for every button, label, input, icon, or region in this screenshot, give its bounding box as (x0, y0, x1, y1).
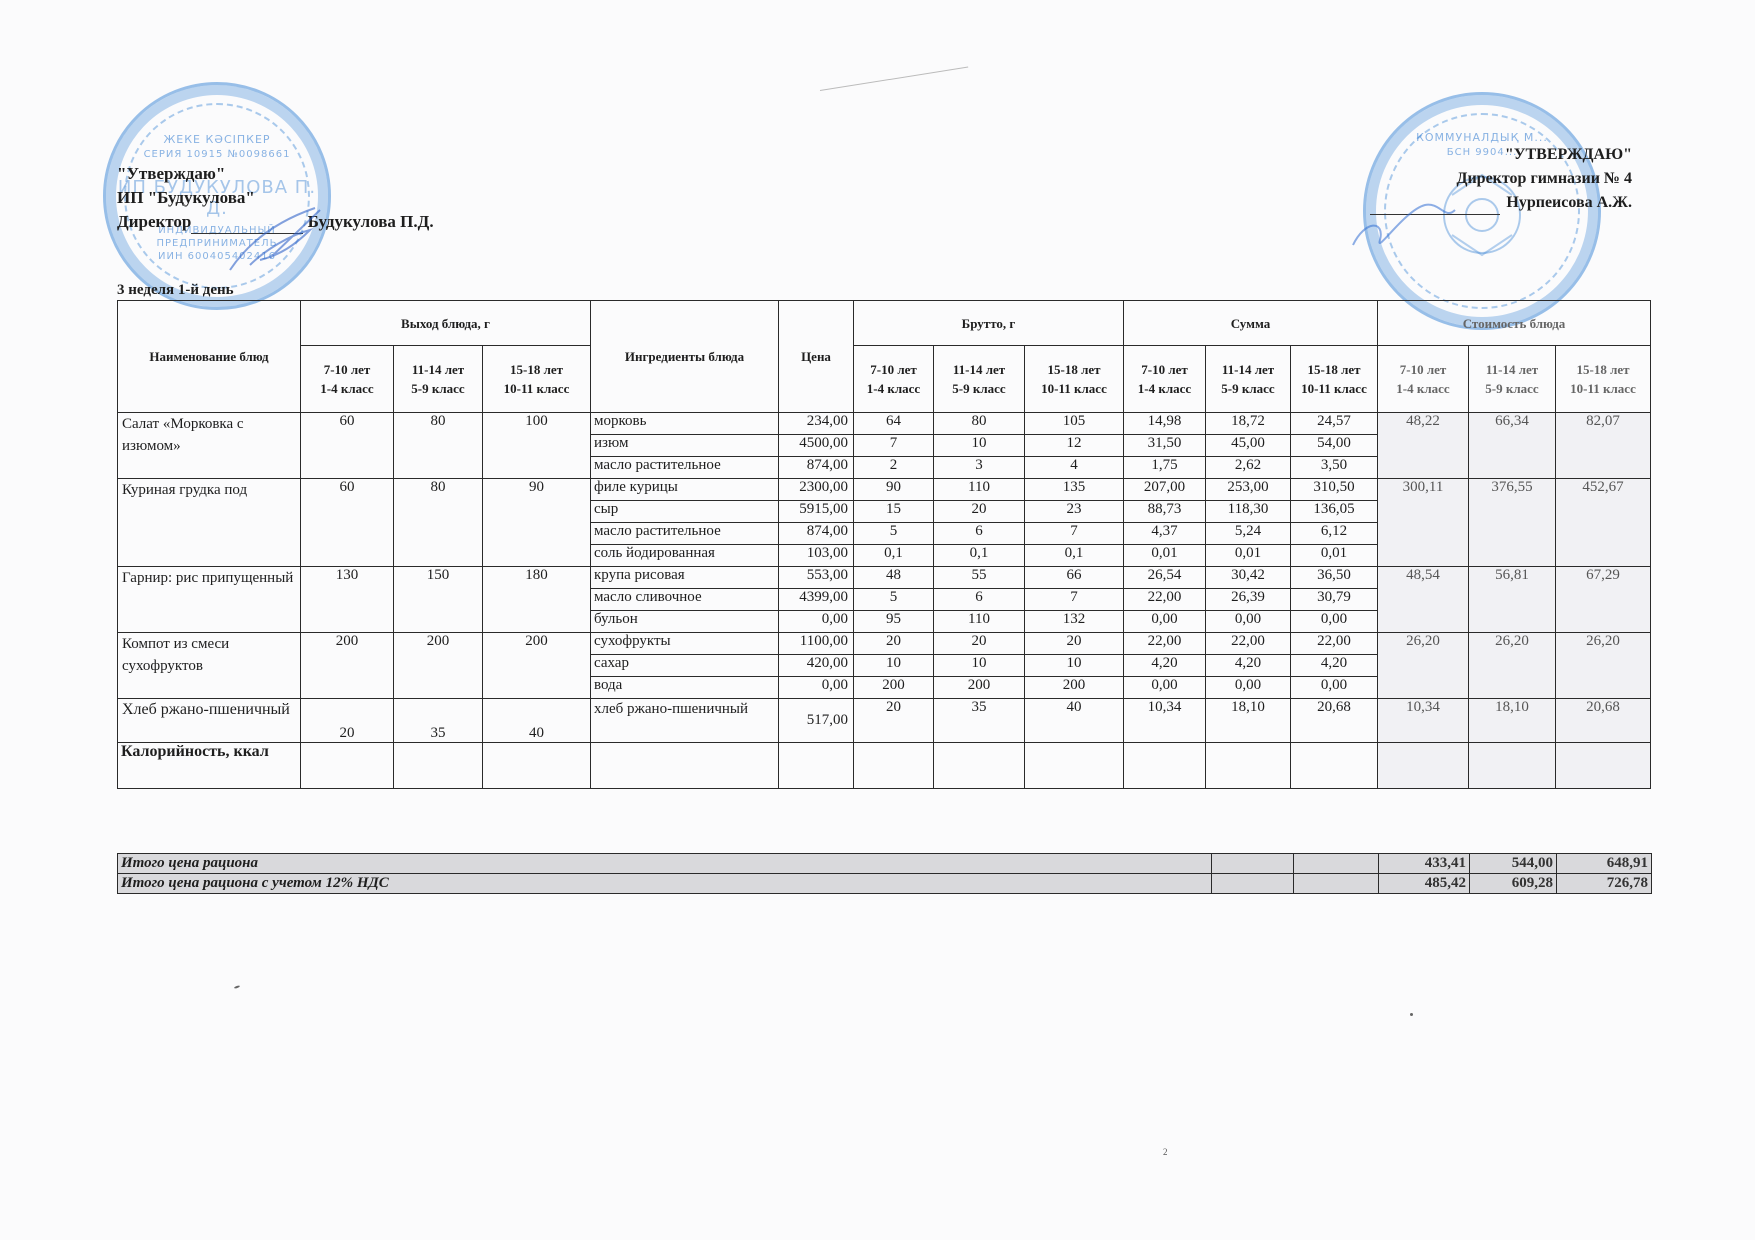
dish-cost-1: 48,22 (1378, 413, 1469, 479)
gross-2: 6 (934, 589, 1025, 611)
grade-label: 1-4 класс (1127, 379, 1202, 398)
sum-1: 0,00 (1124, 611, 1206, 633)
sum-2: 5,24 (1206, 523, 1291, 545)
total-label: Итого цена рациона с учетом 12% НДС (118, 874, 1212, 894)
calorie-cell (301, 743, 394, 789)
gross-2: 10 (934, 435, 1025, 457)
total-value-3: 648,91 (1557, 854, 1652, 874)
sum-3: 24,57 (1291, 413, 1378, 435)
pen-stroke-mark (820, 67, 968, 91)
ingredient-name: вода (591, 677, 779, 699)
sum-2: 4,20 (1206, 655, 1291, 677)
dish-yield-3: 100 (483, 413, 591, 479)
gross-3: 132 (1025, 611, 1124, 633)
age-label: 7-10 лет (304, 360, 390, 379)
ingredient-name: масло сливочное (591, 589, 779, 611)
stamp-series: СЕРИЯ 10915 №0098661 (106, 149, 328, 160)
header-sum-age-2: 11-14 лет5-9 класс (1206, 346, 1291, 413)
sum-2: 253,00 (1206, 479, 1291, 501)
dish-cost-1: 10,34 (1378, 699, 1469, 743)
calorie-row: Калорийность, ккал (118, 743, 1651, 789)
right-approval-title: "УТВЕРЖДАЮ" (1340, 143, 1632, 167)
header-sum-age-1: 7-10 лет1-4 класс (1124, 346, 1206, 413)
gross-2: 200 (934, 677, 1025, 699)
dish-yield-1: 130 (301, 567, 394, 633)
gross-3: 200 (1025, 677, 1124, 699)
dish-name: Куриная грудка под (118, 479, 301, 567)
sum-1: 207,00 (1124, 479, 1206, 501)
sum-1: 22,00 (1124, 589, 1206, 611)
gross-3: 20 (1025, 633, 1124, 655)
ingredient-price: 420,00 (779, 655, 854, 677)
gross-1: 0,1 (854, 545, 934, 567)
ingredient-row: Куриная грудка под608090филе курицы2300,… (118, 479, 1651, 501)
sum-3: 0,01 (1291, 545, 1378, 567)
sum-3: 20,68 (1291, 699, 1378, 743)
age-label: 7-10 лет (857, 360, 930, 379)
total-empty-cell (1294, 854, 1379, 874)
dish-yield-2: 80 (394, 413, 483, 479)
right-signature-scribble (1345, 190, 1465, 260)
grade-label: 1-4 класс (1381, 379, 1465, 398)
dish-cost-3: 452,67 (1556, 479, 1651, 567)
sum-2: 26,39 (1206, 589, 1291, 611)
sum-1: 26,54 (1124, 567, 1206, 589)
calorie-cell (1291, 743, 1378, 789)
gross-1: 10 (854, 655, 934, 677)
total-empty-cell (1294, 874, 1379, 894)
grade-label: 5-9 класс (397, 379, 479, 398)
dish-cost-3: 20,68 (1556, 699, 1651, 743)
sum-1: 0,00 (1124, 677, 1206, 699)
gross-2: 20 (934, 501, 1025, 523)
sum-2: 0,00 (1206, 677, 1291, 699)
dish-yield-2: 80 (394, 479, 483, 567)
grade-label: 1-4 класс (857, 379, 930, 398)
ingredient-price: 874,00 (779, 523, 854, 545)
sum-2: 0,00 (1206, 611, 1291, 633)
dish-name: Гарнир: рис припущенный (118, 567, 301, 633)
sum-1: 10,34 (1124, 699, 1206, 743)
age-label: 15-18 лет (486, 360, 587, 379)
header-cost-age-3: 15-18 лет10-11 класс (1556, 346, 1651, 413)
gross-2: 0,1 (934, 545, 1025, 567)
age-label: 7-10 лет (1381, 360, 1465, 379)
gross-1: 15 (854, 501, 934, 523)
gross-1: 200 (854, 677, 934, 699)
sum-1: 31,50 (1124, 435, 1206, 457)
header-price: Цена (779, 301, 854, 413)
sum-2: 0,01 (1206, 545, 1291, 567)
ingredient-name: сыр (591, 501, 779, 523)
dish-yield-2: 35 (394, 699, 483, 743)
gross-1: 5 (854, 523, 934, 545)
ingredient-price: 4399,00 (779, 589, 854, 611)
gross-1: 20 (854, 699, 934, 743)
grade-label: 10-11 класс (1294, 379, 1374, 398)
calorie-cell (1025, 743, 1124, 789)
grade-label: 1-4 класс (304, 379, 390, 398)
ingredient-name: филе курицы (591, 479, 779, 501)
sum-1: 0,01 (1124, 545, 1206, 567)
total-value-1: 433,41 (1379, 854, 1470, 874)
page-number-mark: 2 (1163, 1147, 1168, 1157)
gross-3: 66 (1025, 567, 1124, 589)
calorie-cell (934, 743, 1025, 789)
header-dish-name: Наименование блюд (118, 301, 301, 413)
dish-cost-1: 48,54 (1378, 567, 1469, 633)
total-value-1: 485,42 (1379, 874, 1470, 894)
grade-label: 10-11 класс (1559, 379, 1647, 398)
header-gross-age-3: 15-18 лет10-11 класс (1025, 346, 1124, 413)
totals-table: Итого цена рациона433,41544,00648,91Итог… (117, 853, 1652, 894)
ingredient-price: 0,00 (779, 677, 854, 699)
gross-2: 35 (934, 699, 1025, 743)
gross-2: 20 (934, 633, 1025, 655)
gross-1: 64 (854, 413, 934, 435)
header-yield: Выход блюда, г (301, 301, 591, 346)
gross-3: 7 (1025, 589, 1124, 611)
calorie-cell (1378, 743, 1469, 789)
dish-cost-2: 66,34 (1469, 413, 1556, 479)
sum-2: 22,00 (1206, 633, 1291, 655)
gross-3: 23 (1025, 501, 1124, 523)
dish-yield-1: 20 (301, 699, 394, 743)
dish-cost-2: 18,10 (1469, 699, 1556, 743)
sum-1: 22,00 (1124, 633, 1206, 655)
header-gross-age-1: 7-10 лет1-4 класс (854, 346, 934, 413)
ingredient-name: морковь (591, 413, 779, 435)
stamp-inner-top: ЖЕКЕ КӘСІПКЕР (106, 133, 328, 146)
ingredient-row: Компот из смеси сухофруктов200200200сухо… (118, 633, 1651, 655)
header-sum-age-3: 15-18 лет10-11 класс (1291, 346, 1378, 413)
sum-3: 54,00 (1291, 435, 1378, 457)
sum-1: 4,20 (1124, 655, 1206, 677)
total-value-3: 726,78 (1557, 874, 1652, 894)
sum-2: 18,72 (1206, 413, 1291, 435)
left-signature-scribble (220, 200, 340, 280)
dish-cost-2: 56,81 (1469, 567, 1556, 633)
age-label: 15-18 лет (1559, 360, 1647, 379)
sum-3: 36,50 (1291, 567, 1378, 589)
age-label: 7-10 лет (1127, 360, 1202, 379)
sum-3: 0,00 (1291, 611, 1378, 633)
gross-1: 5 (854, 589, 934, 611)
gross-1: 48 (854, 567, 934, 589)
dish-name: Хлеб ржано-пшеничный (118, 699, 301, 743)
sum-2: 45,00 (1206, 435, 1291, 457)
gross-3: 7 (1025, 523, 1124, 545)
dish-cost-1: 26,20 (1378, 633, 1469, 699)
scan-speck (234, 985, 240, 989)
header-dish-cost: Стоимость блюда (1378, 301, 1651, 346)
header-yield-age-1: 7-10 лет1-4 класс (301, 346, 394, 413)
totals-body: Итого цена рациона433,41544,00648,91Итог… (118, 854, 1652, 894)
dish-yield-2: 150 (394, 567, 483, 633)
ingredient-price: 4500,00 (779, 435, 854, 457)
header-yield-age-2: 11-14 лет5-9 класс (394, 346, 483, 413)
calorie-cell (591, 743, 779, 789)
calorie-cell (1469, 743, 1556, 789)
gross-2: 6 (934, 523, 1025, 545)
ingredient-price: 103,00 (779, 545, 854, 567)
dish-cost-1: 300,11 (1378, 479, 1469, 567)
gross-3: 4 (1025, 457, 1124, 479)
total-label: Итого цена рациона (118, 854, 1212, 874)
sum-2: 2,62 (1206, 457, 1291, 479)
left-approval-director-label: Директор (117, 212, 191, 231)
gross-2: 3 (934, 457, 1025, 479)
scan-speck (1410, 1013, 1413, 1016)
dish-yield-3: 40 (483, 699, 591, 743)
gross-2: 80 (934, 413, 1025, 435)
sum-1: 1,75 (1124, 457, 1206, 479)
calorie-cell (1556, 743, 1651, 789)
age-label: 11-14 лет (1472, 360, 1552, 379)
total-value-2: 544,00 (1470, 854, 1557, 874)
calorie-cell (1206, 743, 1291, 789)
sum-3: 136,05 (1291, 501, 1378, 523)
dish-cost-2: 376,55 (1469, 479, 1556, 567)
sum-1: 14,98 (1124, 413, 1206, 435)
right-approval-name: Нурпеисова А.Ж. (1506, 194, 1632, 211)
ingredient-price: 5915,00 (779, 501, 854, 523)
gross-3: 12 (1025, 435, 1124, 457)
gross-2: 110 (934, 479, 1025, 501)
sum-2: 18,10 (1206, 699, 1291, 743)
dish-name: Салат «Морковка с изюмом» (118, 413, 301, 479)
sum-3: 3,50 (1291, 457, 1378, 479)
sum-1: 4,37 (1124, 523, 1206, 545)
calorie-cell (854, 743, 934, 789)
gross-1: 95 (854, 611, 934, 633)
sum-3: 0,00 (1291, 677, 1378, 699)
dish-yield-1: 60 (301, 413, 394, 479)
dish-name: Компот из смеси сухофруктов (118, 633, 301, 699)
menu-body: Салат «Морковка с изюмом»6080100морковь2… (118, 413, 1651, 789)
ingredient-price: 0,00 (779, 611, 854, 633)
age-label: 15-18 лет (1294, 360, 1374, 379)
calorie-cell (1124, 743, 1206, 789)
sum-3: 310,50 (1291, 479, 1378, 501)
age-group-header-row: 7-10 лет1-4 класс11-14 лет5-9 класс15-18… (118, 346, 1651, 413)
header-cost-age-1: 7-10 лет1-4 класс (1378, 346, 1469, 413)
total-empty-cell (1212, 854, 1294, 874)
ingredient-price: 234,00 (779, 413, 854, 435)
header-yield-age-3: 15-18 лет10-11 класс (483, 346, 591, 413)
sum-1: 88,73 (1124, 501, 1206, 523)
ingredient-name: крупа рисовая (591, 567, 779, 589)
dish-yield-2: 200 (394, 633, 483, 699)
header-gross: Брутто, г (854, 301, 1124, 346)
age-label: 11-14 лет (1209, 360, 1287, 379)
header-sum: Сумма (1124, 301, 1378, 346)
ingredient-name: масло растительное (591, 457, 779, 479)
dish-yield-3: 200 (483, 633, 591, 699)
gross-3: 0,1 (1025, 545, 1124, 567)
left-approval-title: "Утверждаю" (117, 162, 434, 186)
ingredient-name: изюм (591, 435, 779, 457)
grade-label: 5-9 класс (937, 379, 1021, 398)
total-row: Итого цена рациона433,41544,00648,91 (118, 854, 1652, 874)
ingredient-row: Хлеб ржано-пшеничный203540хлеб ржано-пше… (118, 699, 1651, 743)
ingredient-name: сахар (591, 655, 779, 677)
week-day-label: 3 неделя 1-й день (117, 282, 234, 299)
calorie-row-label: Калорийность, ккал (118, 743, 301, 789)
calorie-cell (483, 743, 591, 789)
gross-1: 20 (854, 633, 934, 655)
gross-1: 90 (854, 479, 934, 501)
age-label: 15-18 лет (1028, 360, 1120, 379)
total-empty-cell (1212, 874, 1294, 894)
grade-label: 10-11 класс (486, 379, 587, 398)
ingredient-name: бульон (591, 611, 779, 633)
ingredient-price: 517,00 (779, 699, 854, 743)
gross-3: 10 (1025, 655, 1124, 677)
sum-2: 118,30 (1206, 501, 1291, 523)
dish-yield-1: 60 (301, 479, 394, 567)
sum-3: 6,12 (1291, 523, 1378, 545)
calorie-cell (779, 743, 854, 789)
ingredient-name: хлеб ржано-пшеничный (591, 699, 779, 743)
gross-3: 40 (1025, 699, 1124, 743)
age-label: 11-14 лет (397, 360, 479, 379)
ingredient-price: 874,00 (779, 457, 854, 479)
dish-cost-3: 26,20 (1556, 633, 1651, 699)
dish-yield-1: 200 (301, 633, 394, 699)
calorie-cell (394, 743, 483, 789)
gross-2: 110 (934, 611, 1025, 633)
menu-table: Наименование блюд Выход блюда, г Ингреди… (117, 300, 1651, 789)
sum-2: 30,42 (1206, 567, 1291, 589)
sum-3: 4,20 (1291, 655, 1378, 677)
ingredient-row: Салат «Морковка с изюмом»6080100морковь2… (118, 413, 1651, 435)
gross-3: 135 (1025, 479, 1124, 501)
header-ingredients: Ингредиенты блюда (591, 301, 779, 413)
dish-cost-3: 82,07 (1556, 413, 1651, 479)
dish-cost-2: 26,20 (1469, 633, 1556, 699)
dish-yield-3: 90 (483, 479, 591, 567)
gross-1: 2 (854, 457, 934, 479)
sum-3: 22,00 (1291, 633, 1378, 655)
gross-2: 10 (934, 655, 1025, 677)
gross-3: 105 (1025, 413, 1124, 435)
grade-label: 10-11 класс (1028, 379, 1120, 398)
grade-label: 5-9 класс (1209, 379, 1287, 398)
ingredient-price: 2300,00 (779, 479, 854, 501)
header-gross-age-2: 11-14 лет5-9 класс (934, 346, 1025, 413)
gross-1: 7 (854, 435, 934, 457)
age-label: 11-14 лет (937, 360, 1021, 379)
dish-cost-3: 67,29 (1556, 567, 1651, 633)
gross-2: 55 (934, 567, 1025, 589)
sum-3: 30,79 (1291, 589, 1378, 611)
grade-label: 5-9 класс (1472, 379, 1552, 398)
dish-yield-3: 180 (483, 567, 591, 633)
total-value-2: 609,28 (1470, 874, 1557, 894)
ingredient-row: Гарнир: рис припущенный130150180крупа ри… (118, 567, 1651, 589)
ingredient-name: сухофрукты (591, 633, 779, 655)
ingredient-price: 553,00 (779, 567, 854, 589)
right-approval-position: Директор гимназии № 4 (1340, 167, 1632, 191)
header-cost-age-2: 11-14 лет5-9 класс (1469, 346, 1556, 413)
ingredient-name: масло растительное (591, 523, 779, 545)
ingredient-price: 1100,00 (779, 633, 854, 655)
ingredient-name: соль йодированная (591, 545, 779, 567)
total-row: Итого цена рациона с учетом 12% НДС485,4… (118, 874, 1652, 894)
